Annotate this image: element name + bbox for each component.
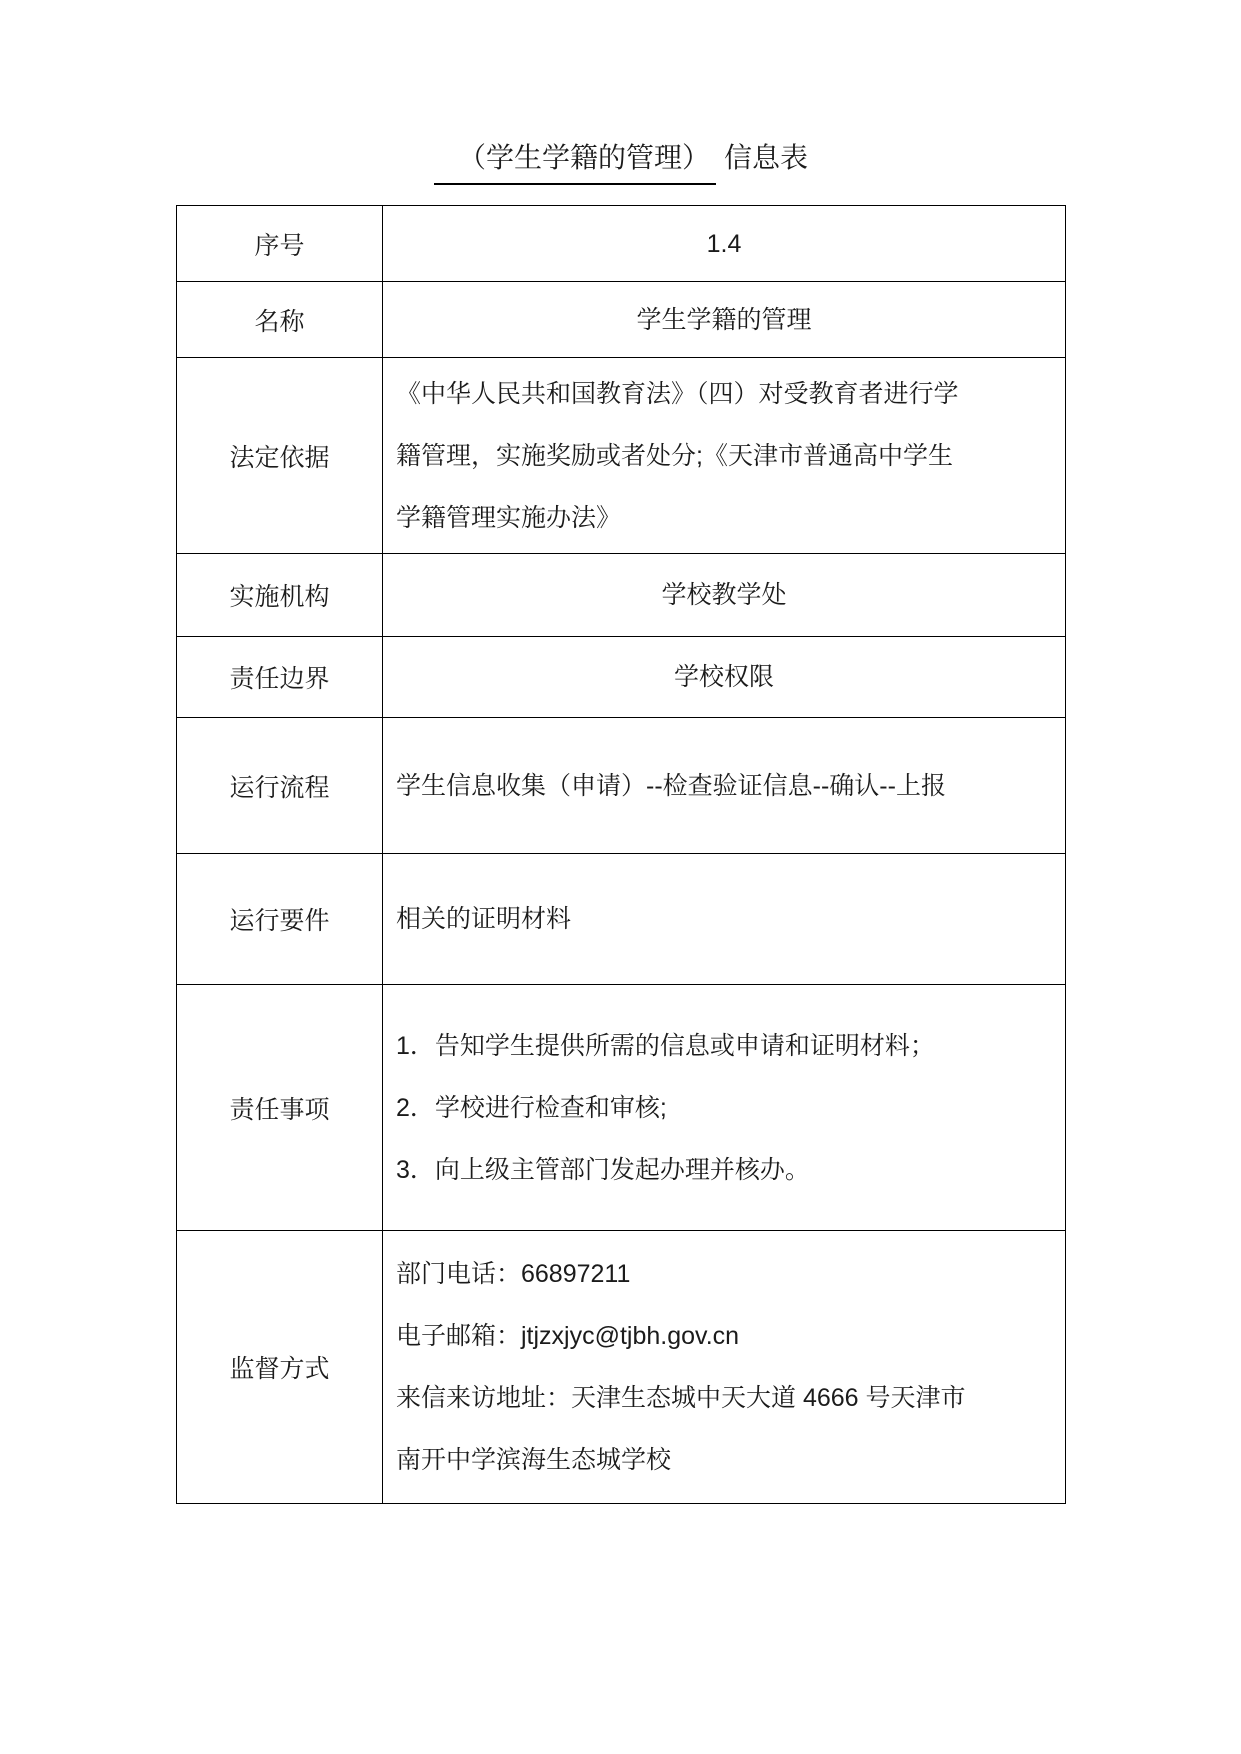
value-line: 1．告知学生提供所需的信息或申请和证明材料； [396,1015,1059,1077]
value-line: 相关的证明材料 [396,888,1059,950]
row-label: 法定依据 [177,358,383,554]
table-row-operation-requirements: 运行要件 相关的证明材料 [177,854,1066,985]
value-line: 学校权限 [383,646,1065,708]
row-label: 运行流程 [177,718,383,854]
table-row-responsibility-boundary: 责任边界 学校权限 [177,637,1066,718]
table-row-operation-process: 运行流程 学生信息收集（申请）--检查验证信息--确认--上报 [177,718,1066,854]
document-title: （学生学籍的管理）信息表 [176,138,1066,185]
row-value: 1．告知学生提供所需的信息或申请和证明材料； 2．学校进行检查和审核; 3．向上… [383,985,1066,1231]
value-line: 来信来访地址：天津生态城中天大道 4666 号天津市 [396,1367,1059,1429]
value-line: 学生学籍的管理 [383,289,1065,351]
table-row-serial-number: 序号 1.4 [177,206,1066,282]
row-value: 学校权限 [383,637,1066,718]
table-row-name: 名称 学生学籍的管理 [177,282,1066,358]
row-value: 学校教学处 [383,554,1066,637]
row-value: 学生学籍的管理 [383,282,1066,358]
value-line: 《中华人民共和国教育法》（四）对受教育者进行学 [396,363,1059,425]
row-label: 监督方式 [177,1231,383,1504]
table-row-supervision-method: 监督方式 部门电话：66897211 电子邮箱：jtjzxjyc@tjbh.go… [177,1231,1066,1504]
row-value: 学生信息收集（申请）--检查验证信息--确认--上报 [383,718,1066,854]
title-underlined-part: （学生学籍的管理） [434,138,716,185]
row-label: 名称 [177,282,383,358]
value-line: 学生信息收集（申请）--检查验证信息--确认--上报 [396,755,1059,817]
row-label: 运行要件 [177,854,383,985]
value-line: 南开中学滨海生态城学校 [396,1429,1059,1491]
title-suffix: 信息表 [724,138,808,178]
row-value: 部门电话：66897211 电子邮箱：jtjzxjyc@tjbh.gov.cn … [383,1231,1066,1504]
table-row-legal-basis: 法定依据 《中华人民共和国教育法》（四）对受教育者进行学 籍管理，实施奖励或者处… [177,358,1066,554]
row-value: 1.4 [383,206,1066,282]
table-row-implementing-agency: 实施机构 学校教学处 [177,554,1066,637]
value-line: 学籍管理实施办法》 [396,487,1059,549]
value-line: 3．向上级主管部门发起办理并核办。 [396,1139,1059,1201]
row-label: 序号 [177,206,383,282]
value-line: 学校教学处 [383,564,1065,626]
row-label: 责任事项 [177,985,383,1231]
row-value: 《中华人民共和国教育法》（四）对受教育者进行学 籍管理，实施奖励或者处分;《天津… [383,358,1066,554]
info-table-body: 序号 1.4 名称 学生学籍的管理 法定依据 《中华人民共和国教育法》（四）对受… [177,206,1066,1504]
info-table: 序号 1.4 名称 学生学籍的管理 法定依据 《中华人民共和国教育法》（四）对受… [176,205,1066,1504]
value-line: 电子邮箱：jtjzxjyc@tjbh.gov.cn [396,1305,1059,1367]
row-label: 实施机构 [177,554,383,637]
table-row-responsibility-items: 责任事项 1．告知学生提供所需的信息或申请和证明材料； 2．学校进行检查和审核;… [177,985,1066,1231]
row-value: 相关的证明材料 [383,854,1066,985]
value-line: 部门电话：66897211 [396,1243,1059,1305]
row-label: 责任边界 [177,637,383,718]
value-line: 2．学校进行检查和审核; [396,1077,1059,1139]
value-line: 1.4 [383,213,1065,275]
value-line: 籍管理，实施奖励或者处分;《天津市普通高中学生 [396,425,1059,487]
